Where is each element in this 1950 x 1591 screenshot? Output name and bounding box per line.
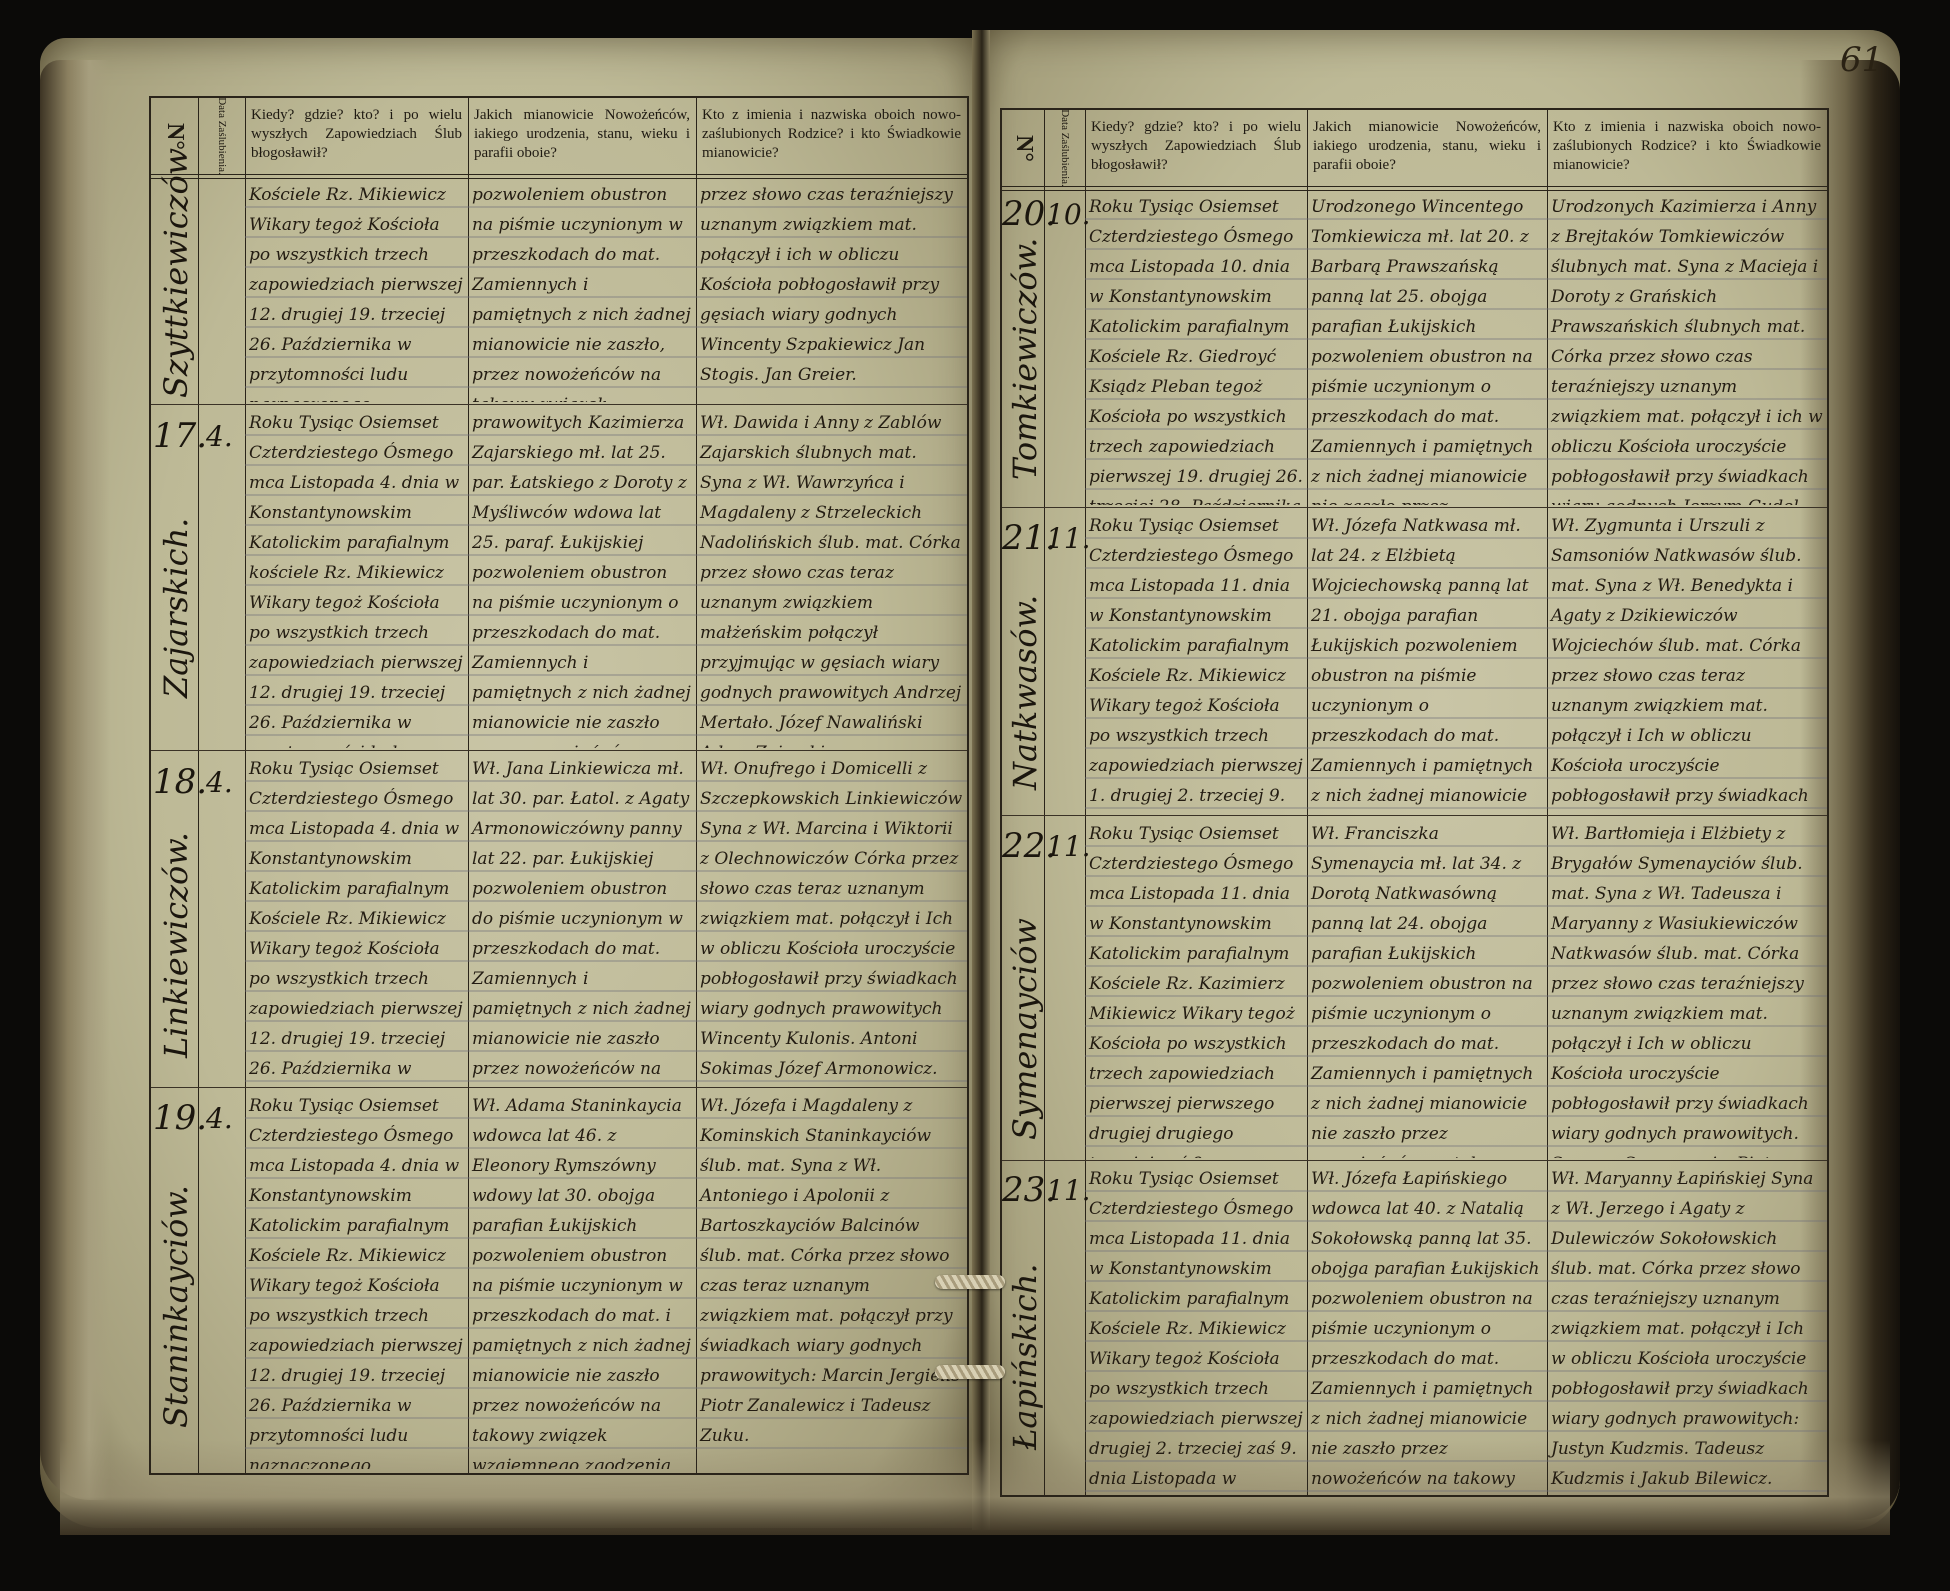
entry-parents: Wł. Zygmunta i Urszuli z Samsoniów Natkw… — [1547, 509, 1827, 813]
entry-day: 10. — [1046, 198, 1091, 231]
entry-surname: Łapińskich. — [1006, 1263, 1044, 1450]
entry-when: Roku Tysiąc Osiemset Czterdziestego Ósme… — [245, 752, 468, 1085]
entry-surname: Symenayciów — [1006, 918, 1044, 1140]
entry-who: prawowitych Kazimierza Zajarskiego mł. l… — [468, 406, 696, 748]
header-when: Kiedy? gdzie? kto? i po wielu wyszłych Z… — [1085, 114, 1307, 184]
entry-day: 4. — [206, 420, 233, 453]
header-number: N° — [1002, 110, 1044, 186]
entry-day: 4. — [206, 766, 233, 799]
header-date: Data Zaślubienia. — [198, 98, 245, 174]
entry-when: Roku Tysiąc Osiemset Czterdziestego Ósme… — [1085, 190, 1307, 505]
header-who: Jakich mianowicie Nowożeńców, iakiego ur… — [468, 102, 696, 172]
entry-day: 4. — [206, 1102, 233, 1135]
entry-number: 18. — [153, 762, 207, 802]
entry-who: Urodzonego Wincentego Tomkiewicza mł. la… — [1307, 190, 1547, 505]
register-table-left: N° Data Zaślubienia. Kiedy? gdzie? kto? … — [149, 96, 969, 1475]
entry-when: Roku Tysiąc Osiemset Czterdziestego Ósme… — [1085, 509, 1307, 813]
header-who: Jakich mianowicie Nowożeńców, iakiego ur… — [1307, 114, 1547, 184]
entry-parents: Urodzonych Kazimierza i Anny z Brejtaków… — [1547, 190, 1827, 505]
entry-parents: przez słowo czas teraźniejszy uznanym zw… — [696, 178, 967, 402]
entry-parents: Wł. Józefa i Magdaleny z Kominskich Stan… — [696, 1089, 967, 1469]
entry-who: Wł. Józefa Łapińskiego wdowca lat 40. z … — [1307, 1162, 1547, 1492]
entry-who: Wł. Franciszka Symenaycia mł. lat 34. z … — [1307, 817, 1547, 1158]
entry-when: Roku Tysiąc Osiemset Czterdziestego Ósme… — [1085, 817, 1307, 1158]
register-table-right: N° Data Zaślubienia. Kiedy? gdzie? kto? … — [1000, 108, 1829, 1497]
entry-surname: Zajarskich. — [157, 518, 195, 698]
entry-who: Wł. Józefa Natkwasa mł. lat 24. z Elżbie… — [1307, 509, 1547, 813]
entry-who: pozwoleniem obustron na piśmie uczyniony… — [468, 178, 696, 402]
entry-parents: Wł. Onufrego i Domicelli z Szczepkowskic… — [696, 752, 967, 1085]
entry-when: Roku Tysiąc Osiemset Czterdziestego Ósme… — [245, 406, 468, 748]
entry-surname: Tomkiewiczów. — [1006, 238, 1044, 480]
header-parents: Kto z imienia i nazwiska oboich nowo-zaś… — [1547, 114, 1827, 184]
entry-day: 11. — [1046, 1174, 1091, 1207]
entry-when: Roku Tysiąc Osiemset Czterdziestego Ósme… — [1085, 1162, 1307, 1492]
entry-surname: Staninkayciów. — [157, 1185, 195, 1428]
binding-string — [935, 1275, 1005, 1289]
entry-day: 11. — [1046, 830, 1091, 863]
binding-string — [935, 1365, 1005, 1379]
entry-number: 19. — [153, 1098, 207, 1138]
header-parents: Kto z imienia i nazwiska oboich nowo-zaś… — [696, 102, 967, 172]
entry-day: 11. — [1046, 522, 1091, 555]
entry-when: Roku Tysiąc Osiemset Czterdziestego Ósme… — [245, 1089, 468, 1469]
left-page-edge — [40, 60, 110, 1500]
page-number: 61 — [1840, 40, 1883, 80]
entry-surname: Szyttkiewiczów — [157, 148, 195, 398]
entry-parents: Wł. Dawida i Anny z Zablów Zajarskich śl… — [696, 406, 967, 748]
entry-who: Wł. Jana Linkiewicza mł. lat 30. par. Ła… — [468, 752, 696, 1085]
entry-who: Wł. Adama Staninkayciа wdowca lat 46. z … — [468, 1089, 696, 1469]
entry-surname: Linkiewiczów. — [157, 832, 195, 1058]
entry-surname: Natkwasów. — [1006, 595, 1044, 790]
header-when: Kiedy? gdzie? kto? i po wielu wyszłych Z… — [245, 102, 468, 172]
entry-when: Kościele Rz. Mikiewicz Wikary tegoż Kośc… — [245, 178, 468, 402]
entry-parents: Wł. Maryanny Łapińskiej Syna z Wł. Jerze… — [1547, 1162, 1827, 1492]
book-spine — [972, 30, 990, 1530]
entry-number: 17. — [153, 416, 207, 456]
header-date: Data Zaślubienia. — [1044, 110, 1085, 186]
entry-parents: Wł. Bartłomieja i Elżbiety z Brygałów Sy… — [1547, 817, 1827, 1158]
